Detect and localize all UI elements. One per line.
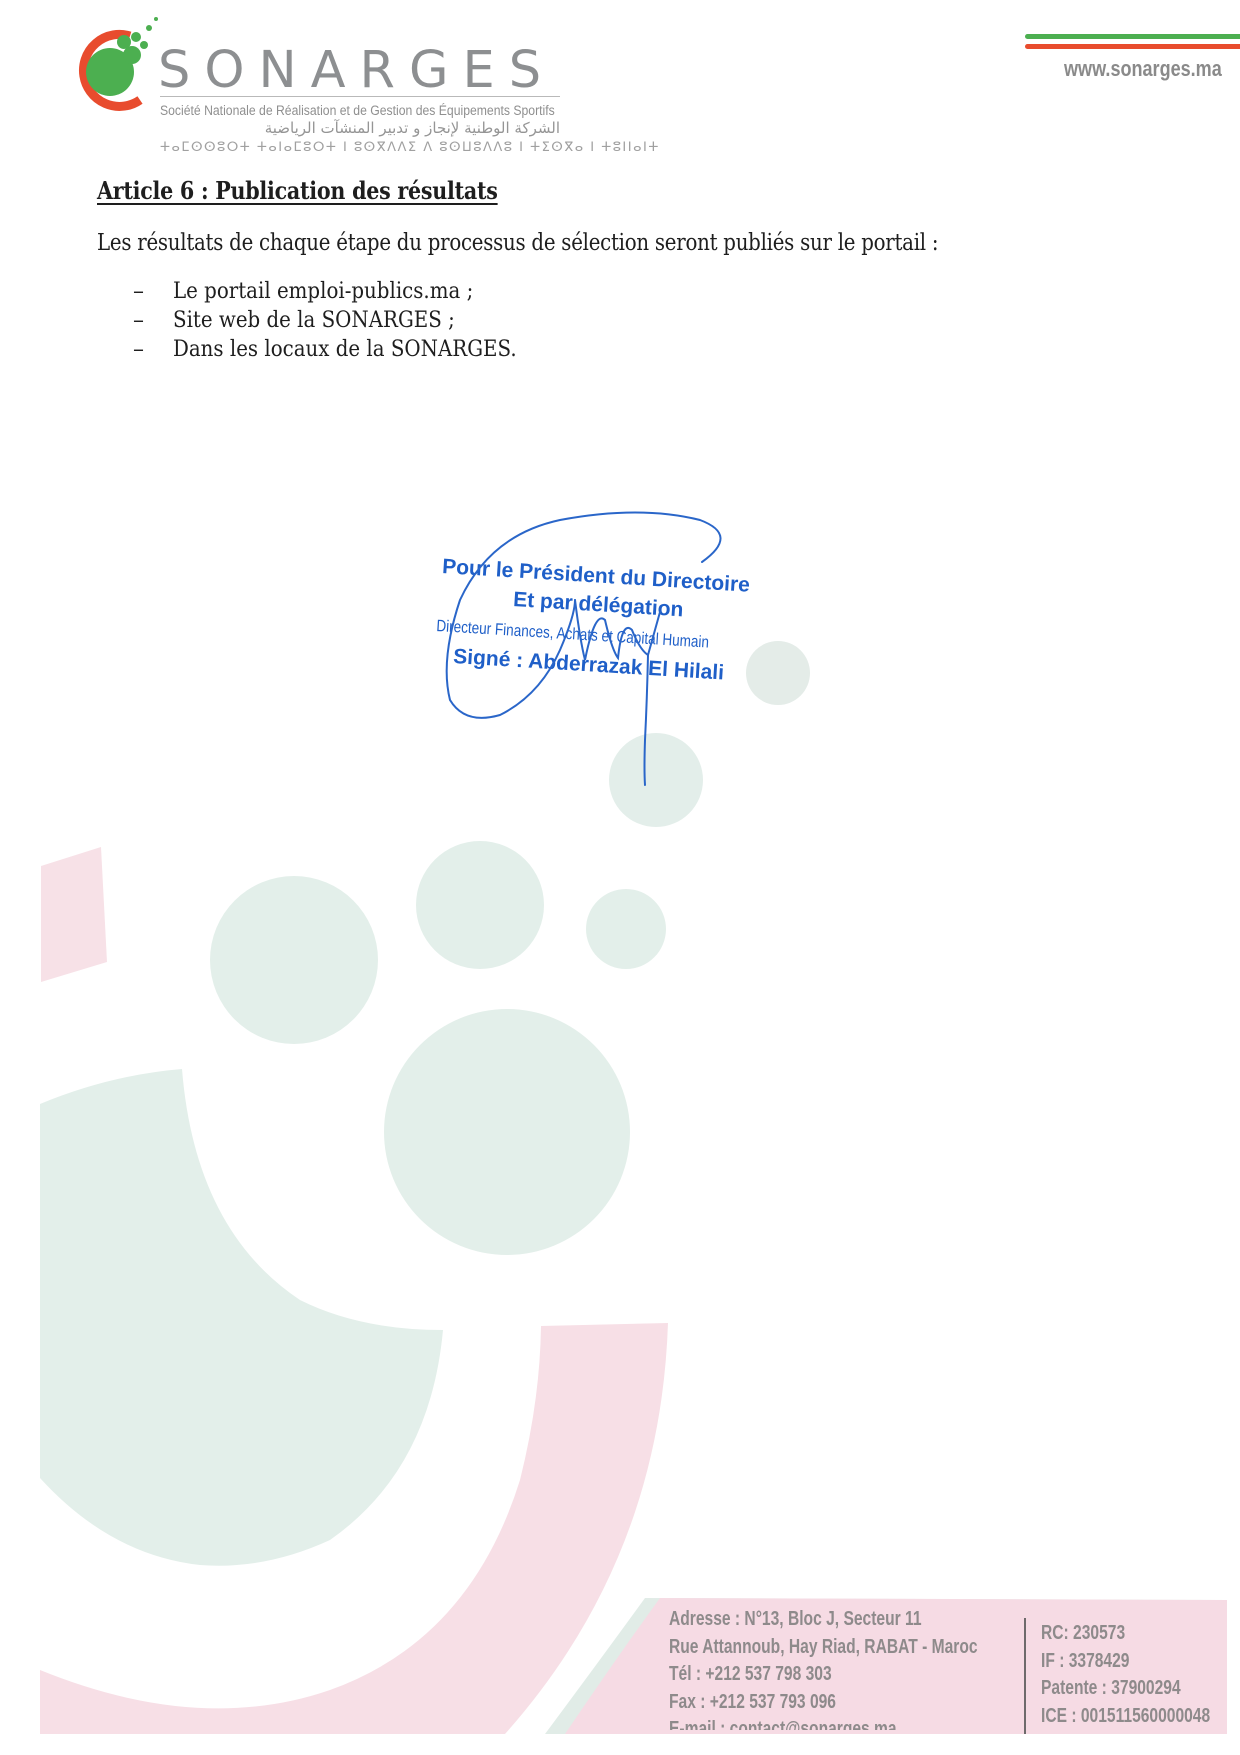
bullet-dash: – <box>133 308 173 333</box>
watermark-shapes <box>40 641 1227 1734</box>
footer-address-line: Adresse : N°13, Bloc J, Secteur 11 <box>669 1606 978 1634</box>
footer-legal: RC: 230573 IF : 3378429 Patente : 379002… <box>1041 1620 1240 1730</box>
article-heading: Article 6 : Publication des résultats <box>97 176 498 205</box>
brand-subtitle-fr: Société Nationale de Réalisation et de G… <box>160 103 555 119</box>
bullet-dash: – <box>133 279 173 304</box>
footer-phone: Tél : +212 537 798 303 <box>669 1661 978 1689</box>
brand-subtitle-ar: الشركة الوطنية لإنجاز و تدبير المنشآت ال… <box>160 119 560 137</box>
list-item: – Dans les locaux de la SONARGES. <box>133 337 555 366</box>
footer-if: IF : 3378429 <box>1041 1648 1210 1676</box>
list-item: – Le portail emploi-publics.ma ; <box>133 279 555 308</box>
footer-rc: RC: 230573 <box>1041 1620 1210 1648</box>
list-item-text: Dans les locaux de la SONARGES. <box>173 337 517 362</box>
list-item-text: Le portail emploi-publics.ma ; <box>173 279 473 304</box>
brand-subtitle-tifinagh: ⵜⴰⵎⵙⵙⵓⵔⵜ ⵜⴰⵏⴰⵎⵓⵔⵜ ⵏ ⵓⵙⴳⴷⴷⵉ ⴷ ⵓⵙⵡⵓⴷⴷⵓ ⵏ ⵜ… <box>160 140 660 155</box>
brand-wordmark: SONARGES <box>158 44 555 98</box>
list-item: – Site web de la SONARGES ; <box>133 308 555 337</box>
footer-fax: Fax : +212 537 793 096 <box>669 1689 978 1717</box>
background-watermark <box>0 0 1240 1755</box>
website-link[interactable]: www.sonarges.ma <box>1064 56 1222 82</box>
article-intro: Les résultats de chaque étape du process… <box>97 230 938 256</box>
footer-divider <box>1024 1618 1026 1734</box>
footer-email[interactable]: E-mail : contact@sonarges.ma <box>669 1716 978 1730</box>
footer-address-line: Rue Attannoub, Hay Riad, RABAT - Maroc <box>669 1634 978 1662</box>
header-stripe-red <box>1025 44 1240 49</box>
footer-address: Adresse : N°13, Bloc J, Secteur 11 Rue A… <box>669 1606 1065 1730</box>
bullet-dash: – <box>133 337 173 362</box>
footer-patente: Patente : 37900294 <box>1041 1675 1210 1703</box>
list-item-text: Site web de la SONARGES ; <box>173 308 455 333</box>
header-stripe-green <box>1025 34 1240 39</box>
publication-channels-list: – Le portail emploi-publics.ma ; – Site … <box>133 279 555 366</box>
sonarges-logo-icon <box>60 15 170 125</box>
footer-ice: ICE : 001511560000048 <box>1041 1703 1210 1731</box>
logo-divider <box>160 96 560 97</box>
